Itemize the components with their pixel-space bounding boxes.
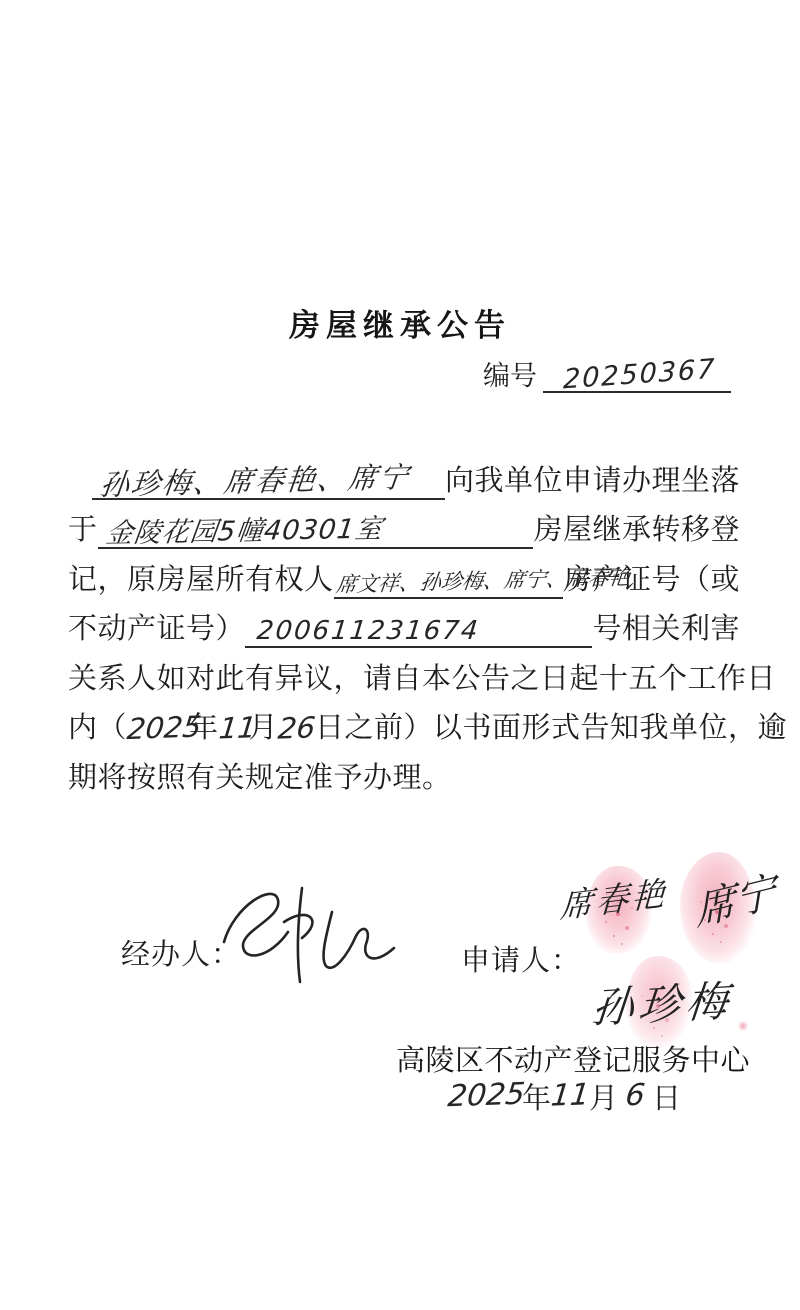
fingerprint-speck xyxy=(738,1020,748,1032)
body-line-3: 记，原房屋所有权人 席文祥、孙珍梅、席宁、席春艳 房产证号（或 xyxy=(68,549,740,599)
deadline-month-handwritten: 11 xyxy=(217,713,251,747)
closing-line: 期将按照有关规定准予办理。 xyxy=(68,764,452,797)
applicant-label: 申请人： xyxy=(461,938,581,979)
deadline-day-handwritten: 26 xyxy=(276,713,317,747)
line1-printed: 向我单位申请办理坐落 xyxy=(445,467,740,500)
cert-number-handwritten: 200611231674 xyxy=(256,618,481,644)
body-line-5: 关系人如对此有异议，请自本公告之日起十五个工作日 xyxy=(68,648,740,698)
deadline-suffix: 日之前）以书面形式告知我单位，逾 xyxy=(315,714,787,747)
inheritance-announcement-document: 房屋继承公告 编号 20250367 孙珍梅、席春艳、席宁 向我单位申请办理坐落… xyxy=(0,0,800,1310)
body-line-2: 于 金陵花园5幢40301室 房屋继承转移登 xyxy=(68,500,740,550)
body-line-1: 孙珍梅、席春艳、席宁 向我单位申请办理坐落 xyxy=(68,450,740,500)
body-line-6: 内（ 2025 年 11 月 26 日之前）以书面形式告知我单位，逾 xyxy=(68,698,740,748)
address-underline: 金陵花园5幢40301室 xyxy=(98,507,534,549)
date-month-handwritten: 11 xyxy=(549,1077,591,1117)
notice-line: 关系人如对此有异议，请自本公告之日起十五个工作日 xyxy=(68,665,740,698)
line2-prefix: 于 xyxy=(68,516,98,549)
applicant-signature-3: 孙珍梅 xyxy=(589,968,735,1036)
serial-row: 编号 20250367 xyxy=(483,354,731,393)
applicants-handwritten: 孙珍梅、席春艳、席宁 xyxy=(98,462,411,499)
document-title: 房屋继承公告 xyxy=(0,300,800,345)
date-day-label: 日 xyxy=(652,1076,681,1117)
date-year-handwritten: 2025 xyxy=(446,1077,524,1119)
deadline-year-handwritten: 2025 xyxy=(125,713,191,748)
line4-printed: 号相关利害 xyxy=(592,615,740,648)
line4-prefix: 不动产证号） xyxy=(68,615,245,648)
serial-number-handwritten: 20250367 xyxy=(563,354,717,396)
cert-number-underline: 200611231674 xyxy=(245,606,592,648)
body-line-7: 期将按照有关规定准予办理。 xyxy=(68,747,740,797)
issue-date: 2025 年 11 月 6 日 xyxy=(448,1076,681,1117)
applicant-signature-1: 席春艳 xyxy=(559,867,669,928)
date-month-label: 月 xyxy=(589,1076,618,1117)
body-line-4: 不动产证号） 200611231674 号相关利害 xyxy=(68,599,740,649)
date-year-label: 年 xyxy=(522,1076,551,1117)
handler-signature-scribble xyxy=(212,878,407,988)
deadline-prefix: 内（ xyxy=(68,714,127,747)
date-day-handwritten: 6 xyxy=(616,1077,654,1117)
body-text: 孙珍梅、席春艳、席宁 向我单位申请办理坐落 于 金陵花园5幢40301室 房屋继… xyxy=(68,450,740,797)
line2-printed: 房屋继承转移登 xyxy=(533,516,740,549)
line3-prefix: 记，原房屋所有权人 xyxy=(68,566,334,599)
address-handwritten: 金陵花园5幢40301室 xyxy=(104,516,384,548)
serial-underline: 20250367 xyxy=(543,355,731,393)
applicants-underline: 孙珍梅、席春艳、席宁 xyxy=(92,458,445,500)
organization-name: 高陵区不动产登记服务中心 xyxy=(396,1038,750,1079)
owners-underline: 席文祥、孙珍梅、席宁、席春艳 xyxy=(334,557,563,599)
serial-label: 编号 xyxy=(483,354,537,393)
